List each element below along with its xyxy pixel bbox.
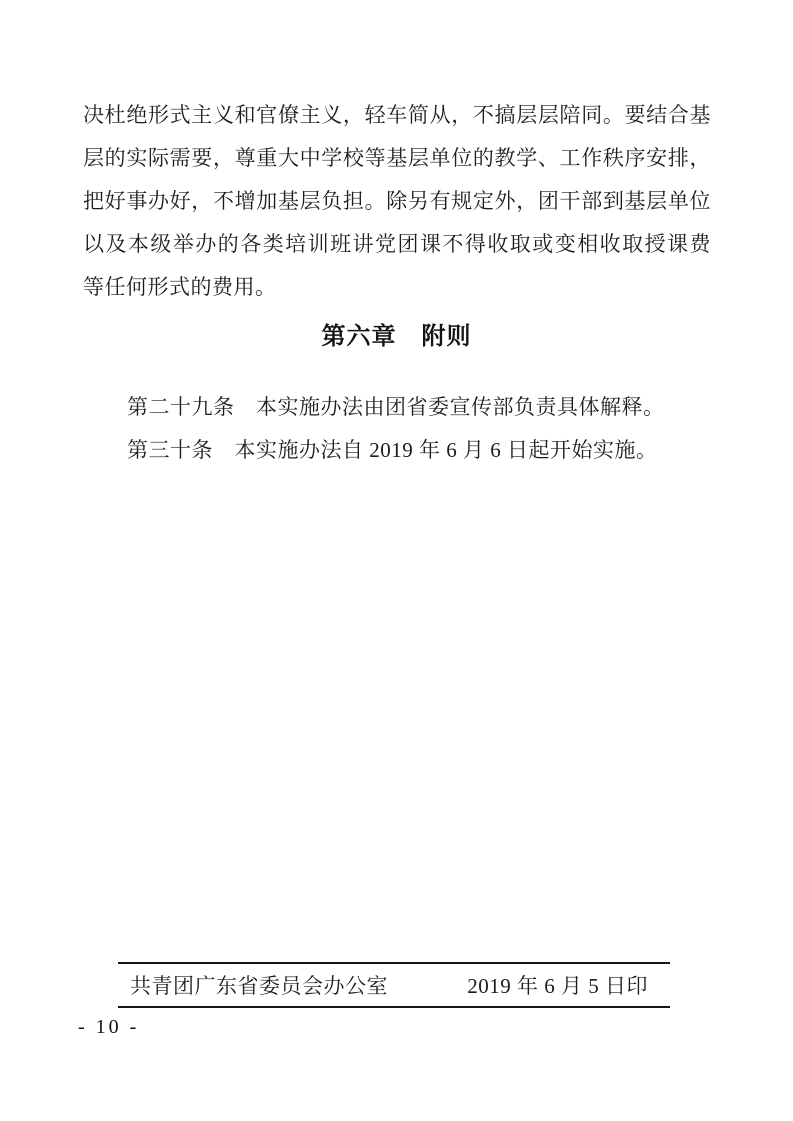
articles-section: 第二十九条 本实施办法由团省委宣传部负责具体解释。 第三十条 本实施办法自 20… bbox=[83, 386, 743, 472]
imprint-footer: 共青团广东省委员会办公室 2019 年 6 月 5 日印 bbox=[118, 962, 670, 1008]
body-line: 等任何形式的费用。 bbox=[83, 266, 711, 309]
article-29: 第二十九条 本实施办法由团省委宣传部负责具体解释。 bbox=[83, 386, 743, 429]
article-30: 第三十条 本实施办法自 2019 年 6 月 6 日起开始实施。 bbox=[83, 429, 743, 472]
body-line: 决杜绝形式主义和官僚主义，轻车简从，不搞层层陪同。要结合基 bbox=[83, 94, 711, 137]
footer-print-date: 2019 年 6 月 5 日印 bbox=[467, 970, 648, 1000]
page-number: - 10 - bbox=[78, 1016, 139, 1039]
body-line: 层的实际需要，尊重大中学校等基层单位的教学、工作秩序安排， bbox=[83, 137, 711, 180]
body-line: 以及本级举办的各类培训班讲党团课不得收取或变相收取授课费 bbox=[83, 223, 711, 266]
chapter-heading: 第六章 附则 bbox=[0, 315, 793, 358]
footer-issuer: 共青团广东省委员会办公室 bbox=[130, 970, 388, 1000]
document-page: 决杜绝形式主义和官僚主义，轻车简从，不搞层层陪同。要结合基 层的实际需要，尊重大… bbox=[0, 0, 793, 1121]
body-line: 把好事办好，不增加基层负担。除另有规定外，团干部到基层单位 bbox=[83, 180, 711, 223]
body-paragraph: 决杜绝形式主义和官僚主义，轻车简从，不搞层层陪同。要结合基 层的实际需要，尊重大… bbox=[83, 94, 711, 309]
